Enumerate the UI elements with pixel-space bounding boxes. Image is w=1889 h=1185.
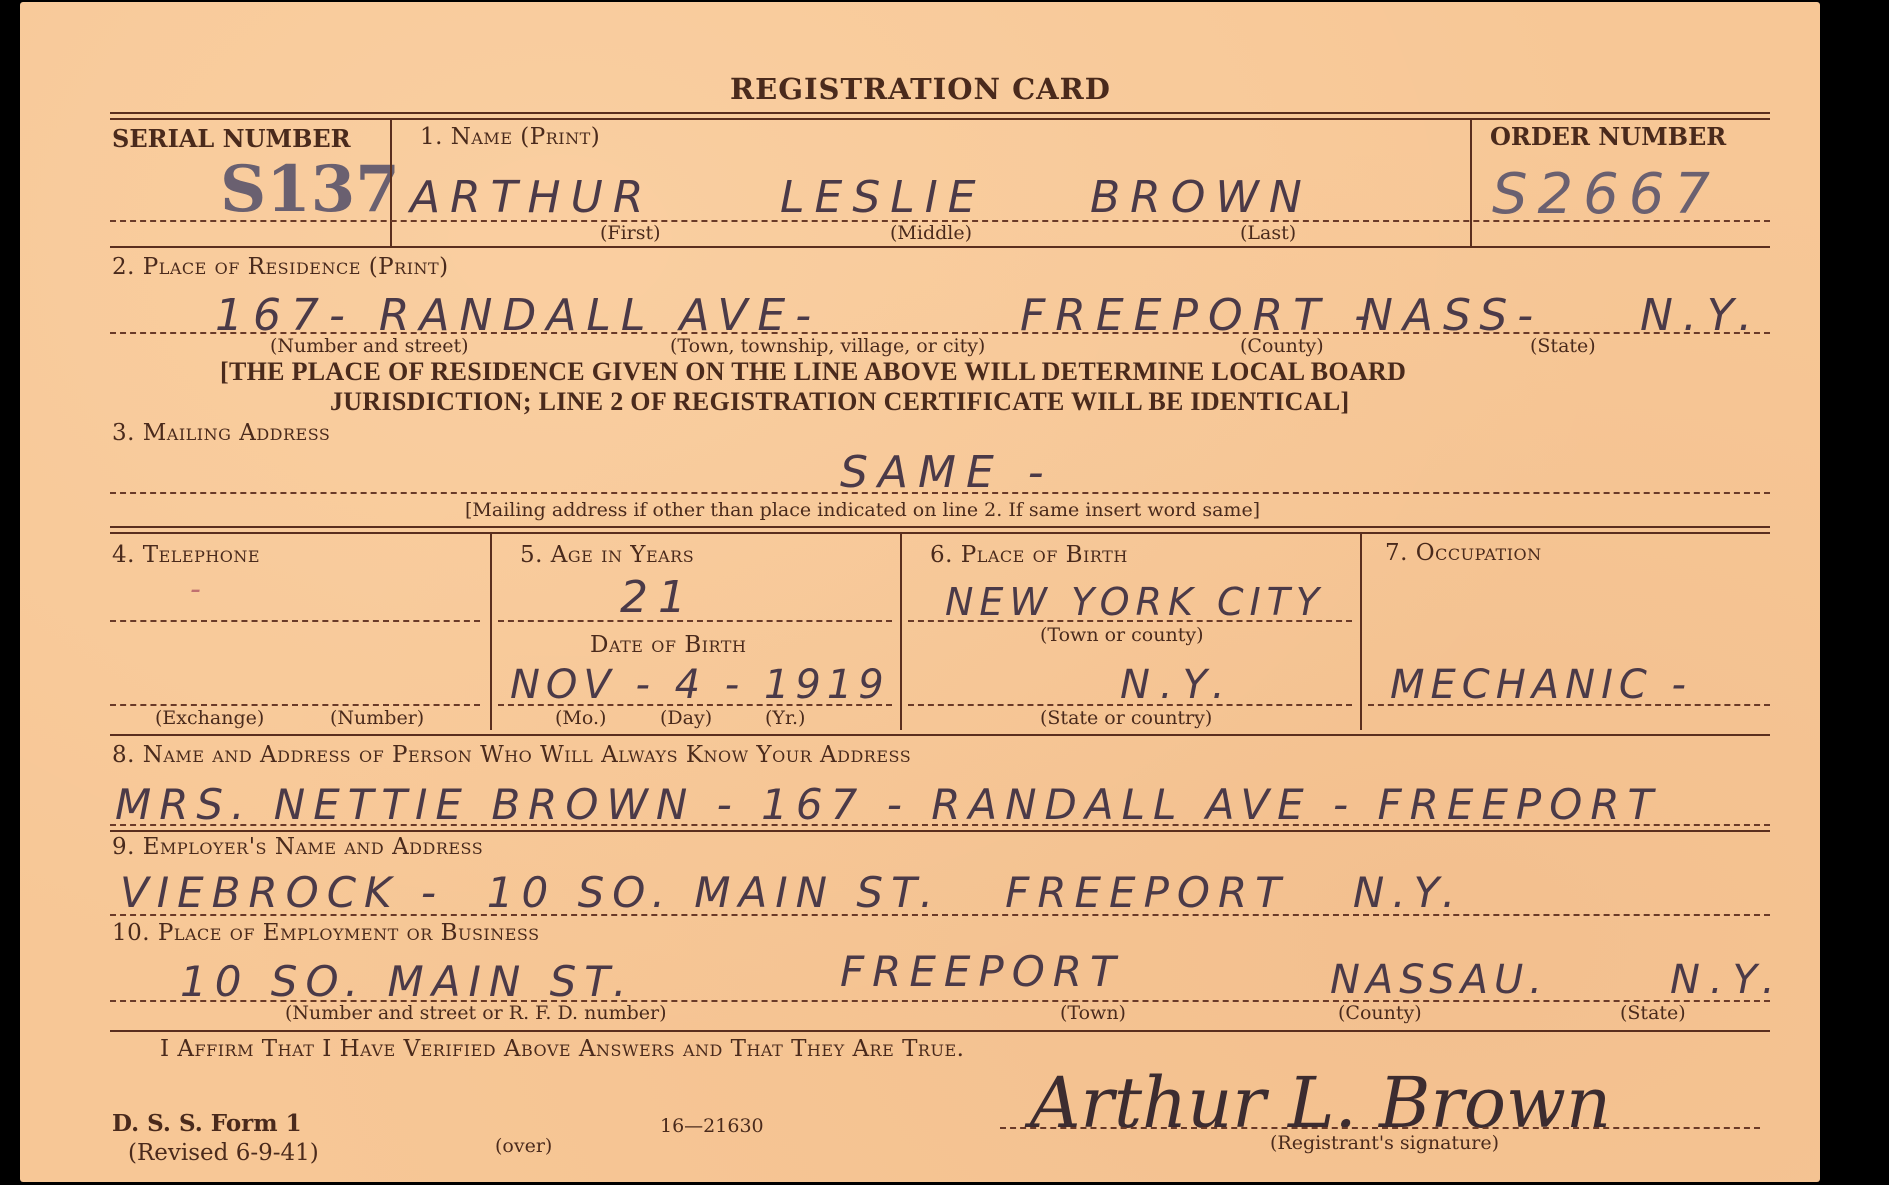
row8-rule [110, 830, 1770, 832]
birthplace-state-caption: (State or country) [1040, 707, 1212, 729]
age-divider [900, 534, 902, 730]
birthplace-town-caption: (Town or county) [1040, 624, 1204, 646]
name-label: 1. Name (Print) [420, 124, 600, 150]
employer-underline [110, 914, 1770, 916]
dob-label: Date of Birth [590, 632, 746, 658]
mailing-address-caption: [Mailing address if other than place ind… [465, 499, 1260, 521]
residence-underline [110, 332, 1770, 334]
employment-street-value: 10 So. Main St. [180, 957, 634, 1006]
age-underline [498, 620, 892, 622]
name-middle-value: Leslie [780, 172, 986, 223]
title-rule-bottom [110, 118, 1770, 120]
row1-rule [110, 246, 1770, 248]
name-first-caption: (First) [600, 222, 661, 244]
serial-number-label: SERIAL NUMBER [112, 124, 351, 153]
dob-day-caption: (Day) [660, 707, 712, 729]
employment-county-caption: (County) [1338, 1002, 1422, 1024]
affirmation-text: I Affirm That I Have Verified Above Answ… [160, 1036, 964, 1062]
residence-county-caption: (County) [1240, 335, 1324, 357]
occupation-underline [1368, 704, 1770, 706]
row10-rule [110, 1030, 1770, 1032]
signature-line [1000, 1127, 1760, 1129]
name-last-caption: (Last) [1240, 222, 1296, 244]
contact-person-label: 8. Name and Address of Person Who Will A… [112, 742, 911, 768]
occupation-label: 7. Occupation [1385, 540, 1542, 566]
employment-place-label: 10. Place of Employment or Business [112, 920, 540, 946]
birthplace-town-value: New York City [945, 580, 1325, 624]
age-label: 5. Age in Years [520, 542, 694, 568]
order-divider [1470, 120, 1472, 248]
row7-rule [110, 734, 1770, 736]
telephone-number-caption: (Number) [330, 707, 424, 729]
employment-town-caption: (Town) [1060, 1002, 1126, 1024]
residence-street-caption: (Number and street) [270, 335, 469, 357]
employment-street-caption: (Number and street or R. F. D. number) [285, 1002, 667, 1024]
dob-value: Nov - 4 - 1919 [510, 662, 890, 708]
telephone-exchange-caption: (Exchange) [155, 707, 264, 729]
birthplace-town-underline [908, 620, 1352, 622]
serial-number-value: S137 [220, 152, 400, 227]
occupation-value: Mechanic - [1390, 662, 1692, 708]
mailing-address-label: 3. Mailing Address [112, 420, 330, 446]
birthplace-label: 6. Place of Birth [930, 542, 1128, 568]
residence-notice-line2: JURISDICTION; LINE 2 OF REGISTRATION CER… [330, 387, 1349, 417]
residence-label: 2. Place of Residence (Print) [112, 254, 449, 280]
employment-state-caption: (State) [1620, 1002, 1686, 1024]
employment-state-value: N.Y. [1670, 957, 1785, 1003]
contact-underline [110, 824, 1770, 826]
residence-notice-line1: [THE PLACE OF RESIDENCE GIVEN ON THE LIN… [220, 357, 1406, 387]
telephone-value: - [190, 572, 211, 607]
employer-label: 9. Employer's Name and Address [112, 834, 483, 860]
order-number-value: S2667 [1492, 162, 1720, 227]
mailing-underline [110, 492, 1770, 494]
age-value: 21 [620, 572, 696, 623]
dob-underline [498, 704, 892, 706]
registration-card: REGISTRATION CARD SERIAL NUMBER S137 1. … [20, 2, 1820, 1182]
signature-caption: (Registrant's signature) [1270, 1132, 1499, 1154]
telephone-upper-line [110, 620, 480, 622]
mailing-address-value: Same - [840, 447, 1054, 498]
row3-rule-bottom [110, 532, 1770, 534]
row3-rule-top [110, 526, 1770, 528]
birthplace-state-underline [908, 704, 1352, 706]
telephone-lower-line [110, 704, 480, 706]
contact-person-value: Mrs. Nettie Brown - 167 - Randall Ave - … [115, 780, 1661, 829]
name-last-value: Brown [1090, 172, 1312, 223]
employer-value: Viebrock - 10 So. Main St. Freeport N.Y. [120, 868, 1463, 917]
telephone-divider [490, 534, 492, 730]
employment-county-value: Nassau. [1330, 957, 1548, 1003]
form-revised: (Revised 6-9-41) [128, 1140, 319, 1166]
over-note: (over) [495, 1135, 552, 1157]
title-rule-top [110, 112, 1770, 114]
residence-town-caption: (Town, township, village, or city) [670, 335, 985, 357]
name-middle-caption: (Middle) [890, 222, 972, 244]
serial-divider [390, 120, 392, 248]
employment-town-value: Freeport [840, 947, 1124, 996]
dob-year-caption: (Yr.) [765, 707, 805, 729]
order-number-label: ORDER NUMBER [1490, 122, 1726, 151]
birthplace-state-value: N.Y. [1120, 662, 1235, 708]
card-title: REGISTRATION CARD [730, 72, 1111, 106]
telephone-label: 4. Telephone [112, 542, 260, 568]
print-code: 16—21630 [660, 1115, 764, 1137]
dob-month-caption: (Mo.) [555, 707, 606, 729]
residence-state-caption: (State) [1530, 335, 1596, 357]
name-first-value: Arthur [410, 172, 653, 223]
birthplace-divider [1360, 534, 1362, 730]
form-id: D. S. S. Form 1 [112, 1110, 302, 1137]
